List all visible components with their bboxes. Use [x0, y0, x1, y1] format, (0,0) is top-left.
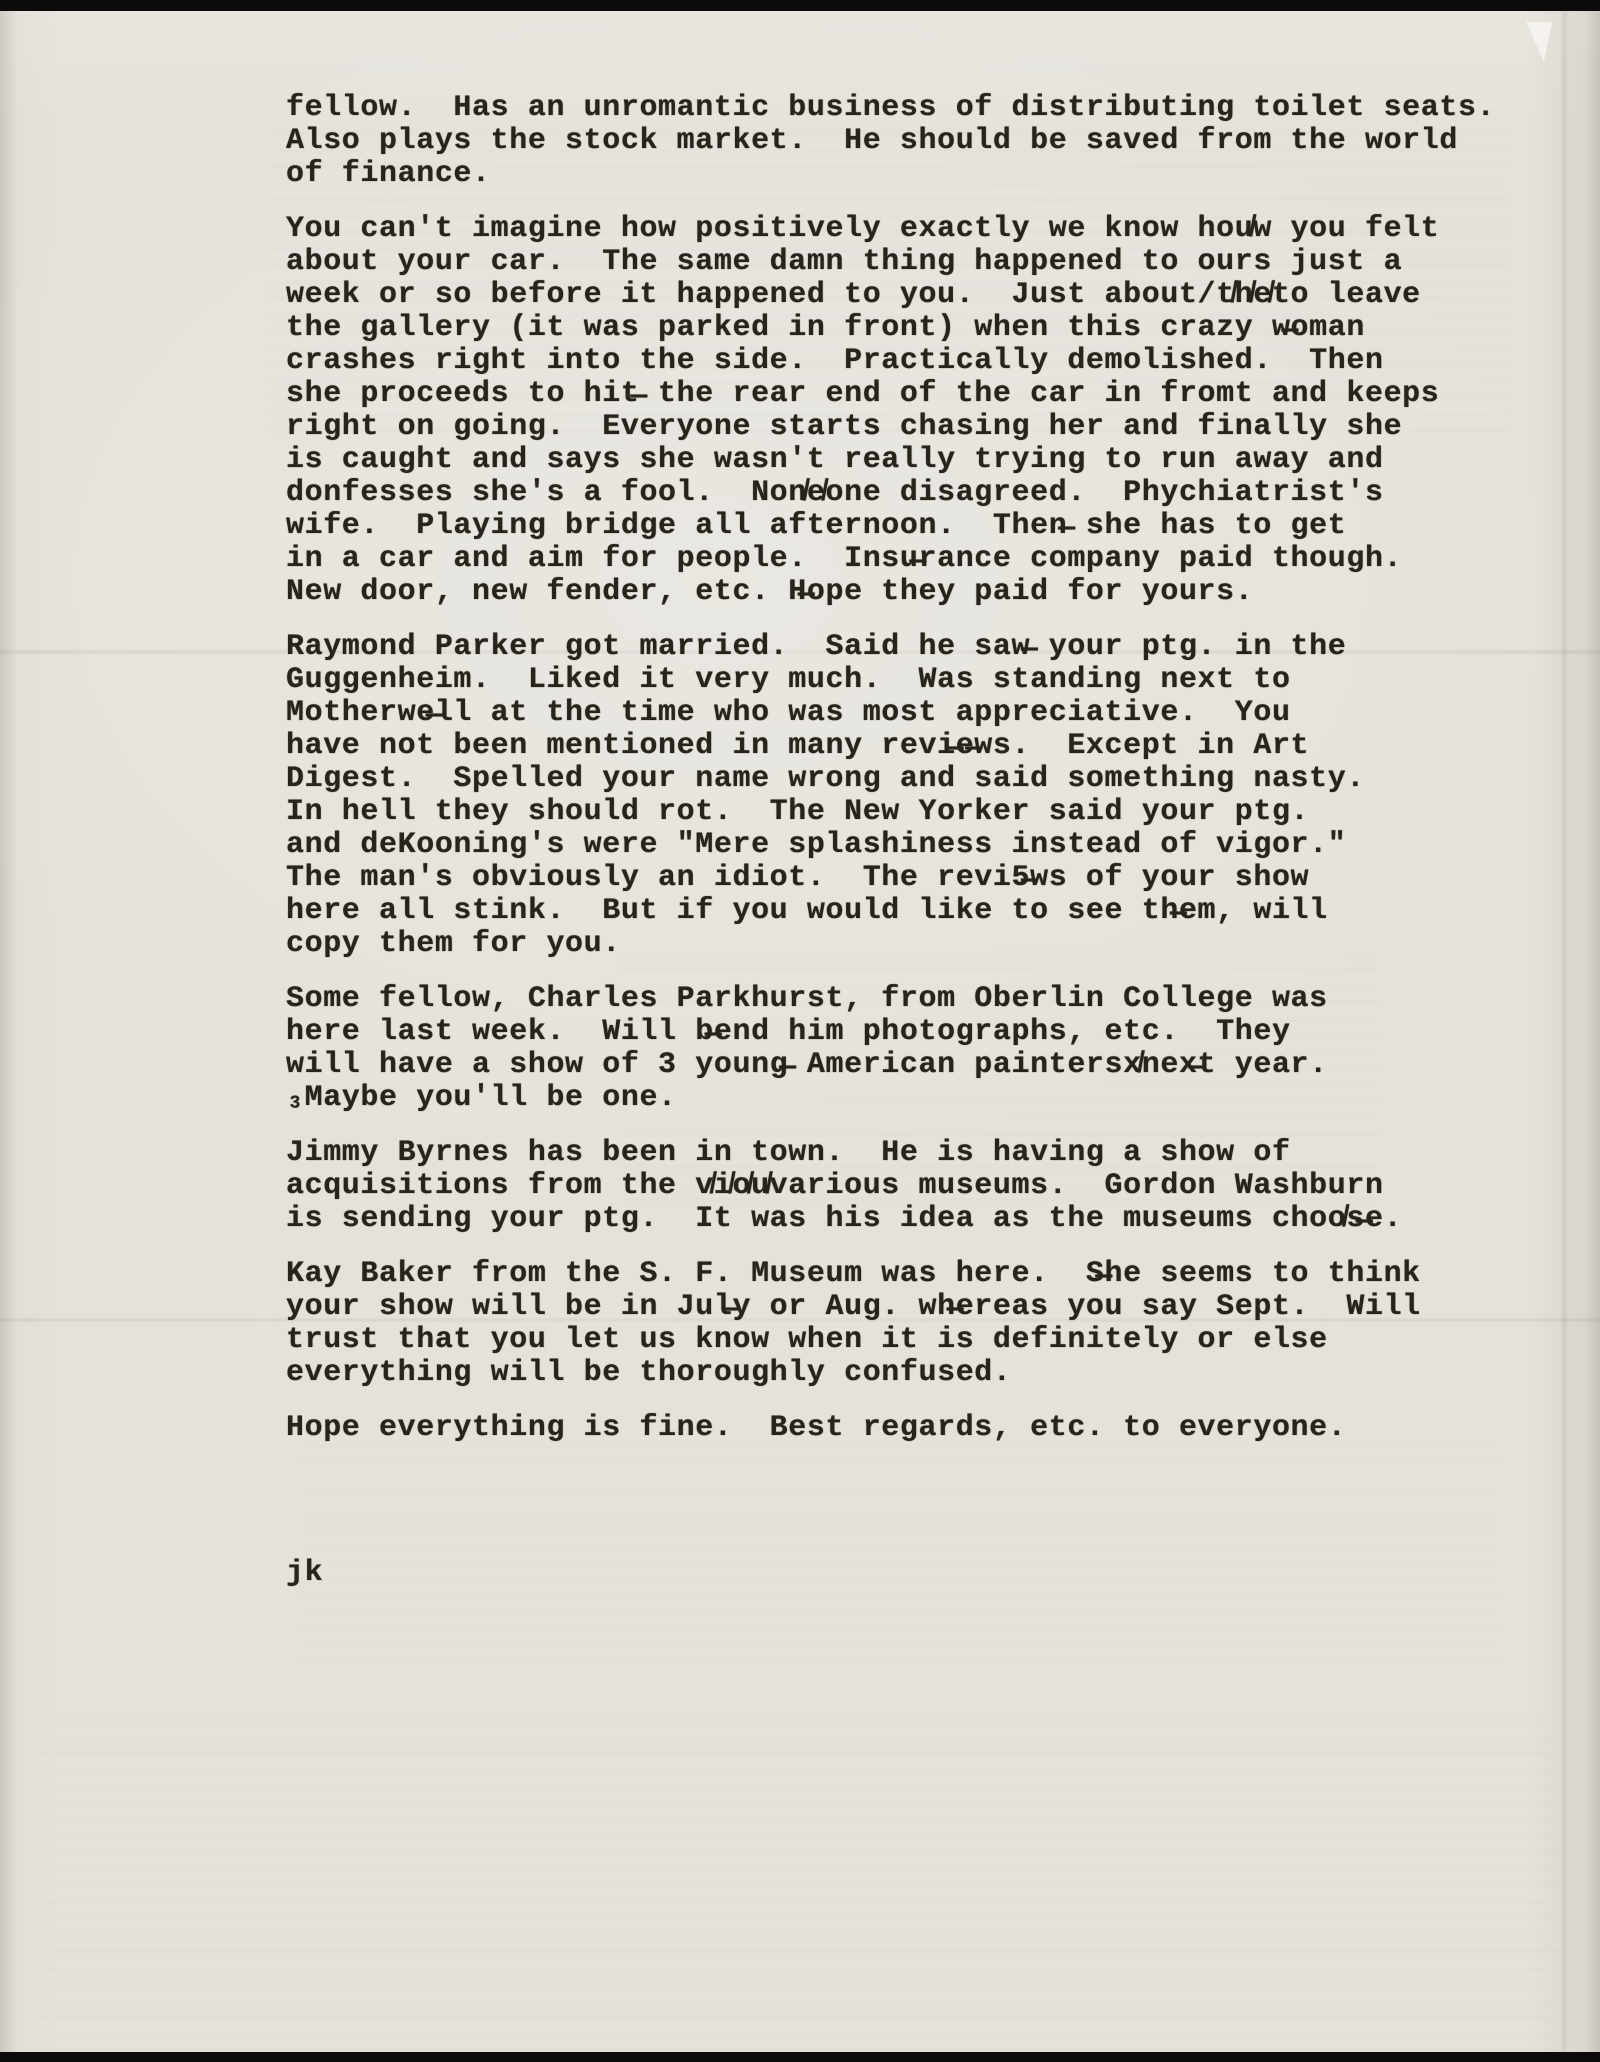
ink-bleedthrough: [40, 1711, 1560, 2051]
paragraph: Jimmy Byrnes has been in town. He is hav…: [286, 1137, 1546, 1236]
paper-crease: [1563, 11, 1566, 2052]
scan-edge-top: [0, 0, 1600, 11]
paragraph: fellow. Has an unromantic business of di…: [286, 92, 1546, 191]
paragraph: Raymond Parker got married. Said he saw̶…: [286, 631, 1546, 961]
letter-body: fellow. Has an unromantic business of di…: [286, 92, 1546, 1590]
corner-fold: [1518, 22, 1553, 62]
paragraph: Hope everything is fine. Best regards, e…: [286, 1412, 1546, 1445]
signature: jk: [286, 1557, 1546, 1590]
scanned-letter-page: { "page": { "kind": "scanned typewritten…: [0, 0, 1600, 2062]
paragraph: You can't imagine how positively exactly…: [286, 213, 1546, 609]
paragraph: Kay Baker from the S. F. Museum was here…: [286, 1258, 1546, 1390]
paragraph: Some fellow, Charles Parkhurst, from Obe…: [286, 983, 1546, 1115]
scan-edge-bottom: [0, 2052, 1600, 2062]
